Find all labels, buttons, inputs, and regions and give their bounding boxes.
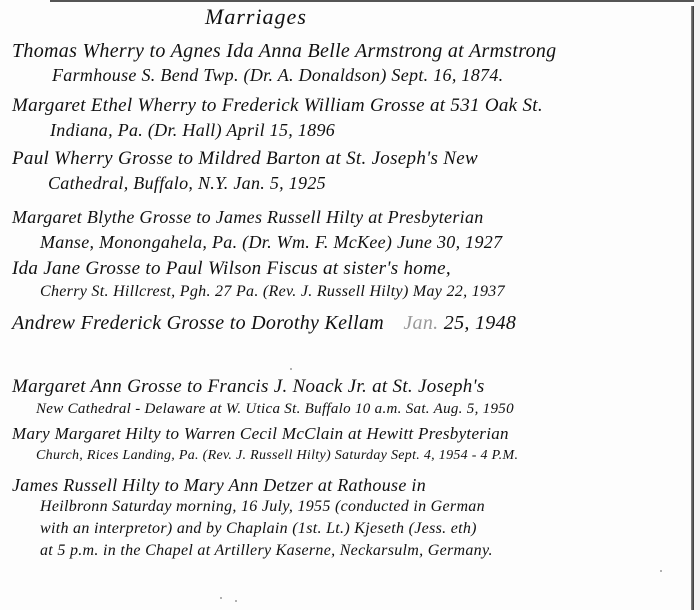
entry-2-line-2: Indiana, Pa. (Dr. Hall) April 15, 1896: [50, 120, 335, 141]
entry-6-line-1: Andrew Frederick Grosse to Dorothy Kella…: [12, 312, 516, 335]
entry-6-date: 25, 1948: [444, 312, 516, 334]
entry-1-line-2: Farmhouse S. Bend Twp. (Dr. A. Donaldson…: [52, 65, 503, 86]
scan-speck: [235, 600, 237, 602]
entry-9-line-1: James Russell Hilty to Mary Ann Detzer a…: [12, 475, 426, 496]
entry-9-line-4: at 5 p.m. in the Chapel at Artillery Kas…: [40, 542, 493, 560]
entry-9-line-2: Heilbronn Saturday morning, 16 July, 195…: [40, 498, 485, 516]
entry-6-names: Andrew Frederick Grosse to Dorothy Kella…: [12, 312, 384, 334]
scan-speck: [660, 570, 662, 572]
entry-7-line-1: Margaret Ann Grosse to Francis J. Noack …: [12, 376, 485, 398]
page-top-edge: [50, 0, 700, 2]
page-right-edge: [691, 6, 694, 610]
entry-5-line-1: Ida Jane Grosse to Paul Wilson Fiscus at…: [12, 258, 451, 280]
entry-7-line-2: New Cathedral - Delaware at W. Utica St.…: [36, 401, 514, 418]
entry-8-line-2: Church, Rices Landing, Pa. (Rev. J. Russ…: [36, 448, 518, 464]
entry-5-line-2: Cherry St. Hillcrest, Pgh. 27 Pa. (Rev. …: [40, 283, 505, 301]
entry-4-line-2: Manse, Monongahela, Pa. (Dr. Wm. F. McKe…: [40, 232, 502, 253]
entry-1-line-1: Thomas Wherry to Agnes Ida Anna Belle Ar…: [12, 40, 556, 63]
page-title: Marriages: [205, 4, 307, 30]
page-right-shadow: [694, 0, 700, 610]
entry-3-line-2: Cathedral, Buffalo, N.Y. Jan. 5, 1925: [48, 173, 326, 194]
scanned-page: Marriages Thomas Wherry to Agnes Ida Ann…: [0, 0, 700, 610]
scan-speck: [220, 597, 222, 599]
entry-8-line-1: Mary Margaret Hilty to Warren Cecil McCl…: [12, 424, 509, 444]
scan-speck: [290, 368, 292, 370]
entry-6-faint-month: Jan.: [403, 312, 438, 334]
entry-3-line-1: Paul Wherry Grosse to Mildred Barton at …: [12, 148, 478, 170]
entry-9-line-3: with an interpretor) and by Chaplain (1s…: [40, 520, 477, 538]
entry-2-line-1: Margaret Ethel Wherry to Frederick Willi…: [12, 95, 543, 117]
entry-4-line-1: Margaret Blythe Grosse to James Russell …: [12, 207, 484, 228]
